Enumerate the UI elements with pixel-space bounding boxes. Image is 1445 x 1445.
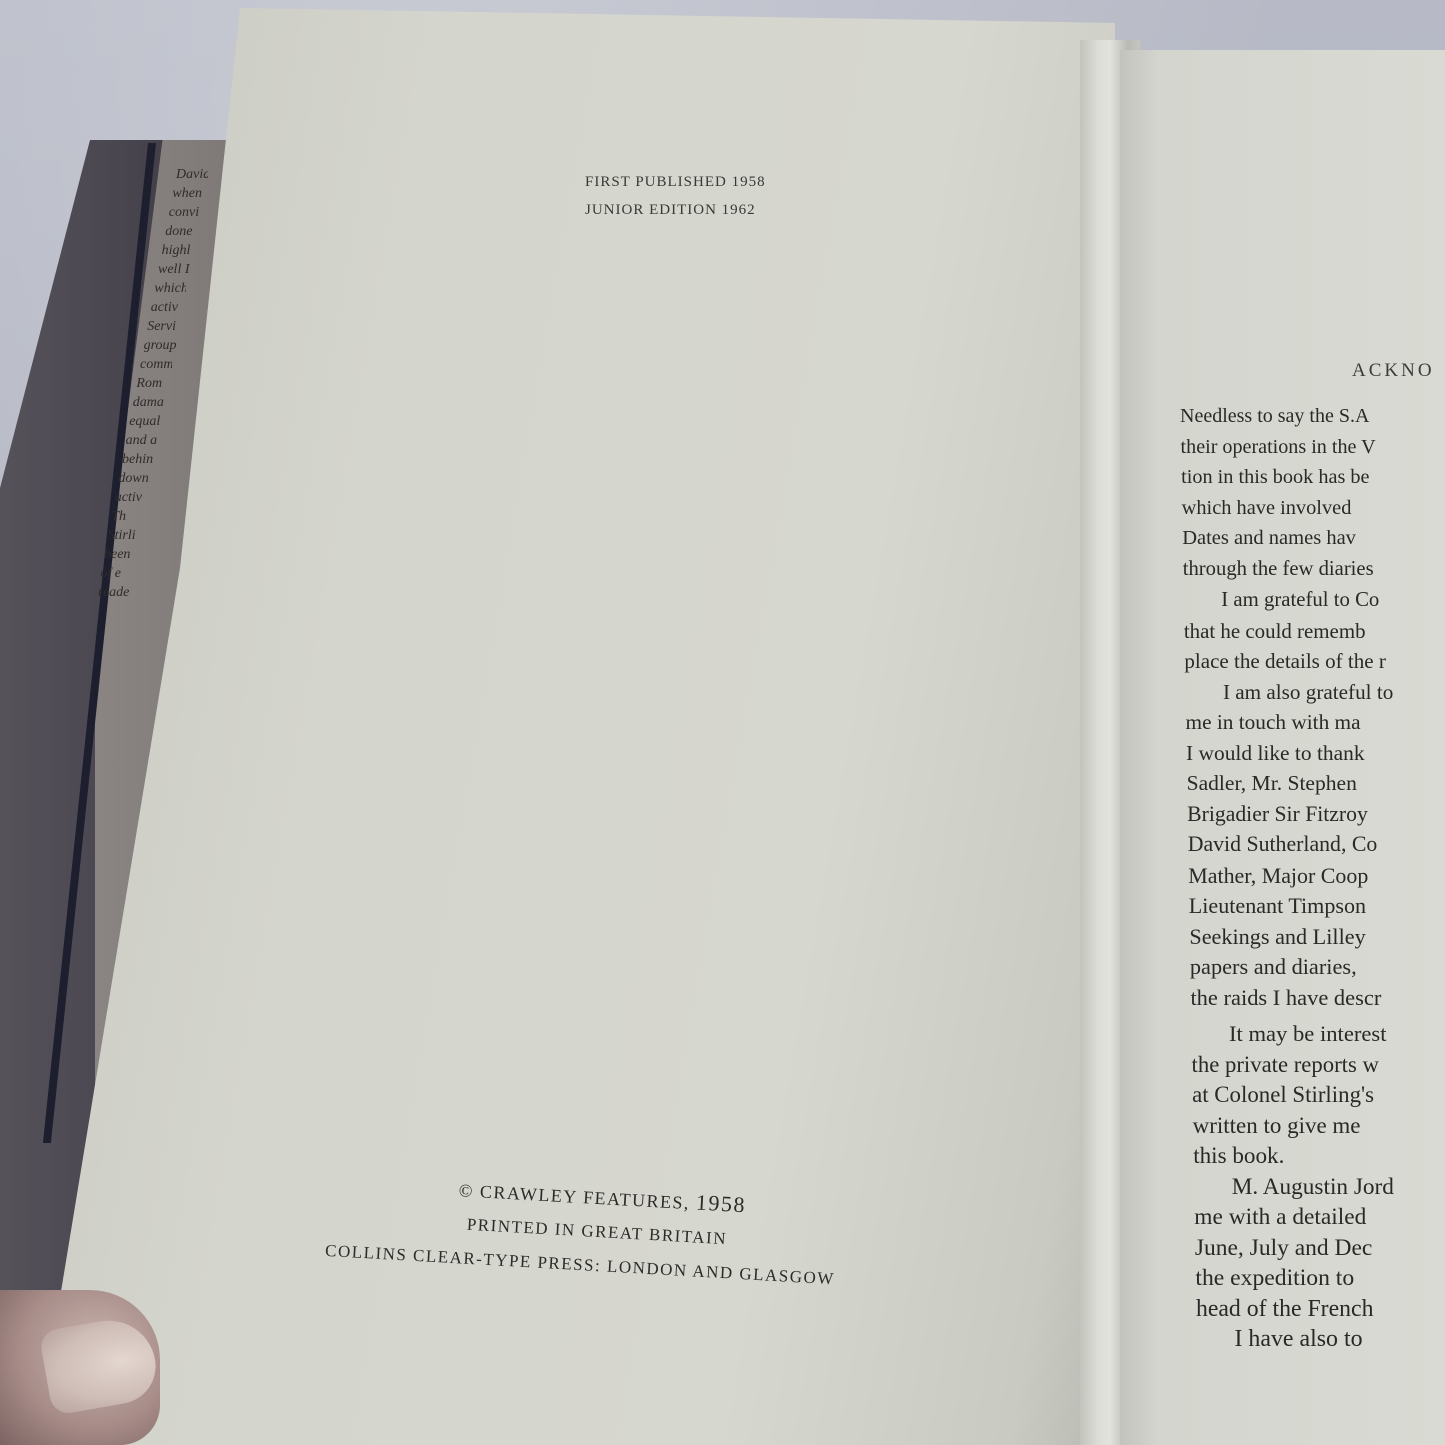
acknowledgments-line: through the few diaries [1183,558,1374,581]
acknowledgments-line: this book. [1193,1143,1284,1170]
acknowledgments-line: Needless to say the S.A [1180,405,1369,428]
jacket-flap-line: dama [133,393,165,412]
jacket-flap-line: done [165,222,197,241]
jacket-flap-line: group [144,336,176,355]
acknowledgments-line: the expedition to [1195,1265,1354,1292]
acknowledgments-line: their operations in the V [1181,436,1376,459]
acknowledgments-line: written to give me [1193,1113,1361,1139]
jacket-flap-line: well I [158,260,190,279]
acknowledgments-line: David Sutherland, Co [1188,832,1378,857]
acknowledgments-line: Brigadier Sir Fitzroy [1187,802,1368,827]
acknowledgments-heading: ACKNO [1352,360,1435,382]
jacket-flap-line: been [104,545,136,564]
jacket-flap-line: activ [115,488,147,507]
acknowledgments-line: the private reports w [1192,1052,1379,1078]
jacket-flap-line: highl [162,241,194,260]
jacket-flap-line: and a [126,431,158,450]
acknowledgments-line: June, July and Dec [1195,1235,1373,1262]
acknowledgments-line: that he could rememb [1184,619,1366,644]
acknowledgments-line: the raids I have descr [1190,985,1381,1011]
jacket-flap-line: of e [100,564,132,583]
acknowledgments-line: at Colonel Stirling's [1192,1082,1374,1108]
acknowledgments-line: I have also to [1235,1326,1363,1353]
acknowledgments-line: Mather, Major Coop [1188,863,1368,889]
jacket-flap-line: convi [169,203,201,222]
edition-info: FIRST PUBLISHED 1958 JUNIOR EDITION 1962 [585,168,825,224]
jacket-flap-line: David [176,165,208,184]
jacket-flap-line: equal [129,412,161,431]
jacket-flap-line: Stirli [108,526,140,545]
acknowledgments-line: Dates and names hav [1182,527,1356,550]
junior-edition-line: JUNIOR EDITION 1962 [585,196,825,224]
acknowledgments-line: I am also grateful to [1223,680,1393,705]
acknowledgments-line: head of the French [1196,1296,1374,1323]
jacket-flap-line: behin [122,450,154,469]
acknowledgments-line: Sadler, Mr. Stephen [1187,771,1357,796]
first-published-line: FIRST PUBLISHED 1958 [585,168,825,196]
jacket-flap-line: which [154,279,186,298]
acknowledgments-line: Lieutenant Timpson [1189,893,1366,919]
acknowledgments-line: tion in this book has be [1181,466,1369,489]
jacket-flap-line: when [172,184,204,203]
acknowledgments-line: papers and diaries, [1190,954,1357,980]
acknowledgments-line: which have involved [1182,497,1352,520]
acknowledgments-line: I am grateful to Co [1221,588,1379,612]
acknowledgments-line: me in touch with ma [1186,710,1361,735]
jacket-flap-line: Servi [147,317,179,336]
jacket-flap-line: down [118,469,150,488]
acknowledgments-line: I would like to thank [1186,741,1365,766]
jacket-flap-line: reade [98,583,130,602]
jacket-flap-line: Th [111,507,143,526]
jacket-flap-line: activ [151,298,183,317]
copyright-year: 1958 [695,1190,746,1218]
acknowledgments-line: M. Augustin Jord [1232,1174,1394,1201]
acknowledgments-line: It may be interest [1229,1021,1386,1047]
acknowledgments-line: Seekings and Lilley [1189,924,1365,950]
acknowledgments-line: place the details of the r [1184,649,1385,674]
jacket-flap-line: comm [140,355,172,374]
jacket-flap-line: Rom [136,374,168,393]
acknowledgments-line: me with a detailed [1194,1204,1366,1231]
